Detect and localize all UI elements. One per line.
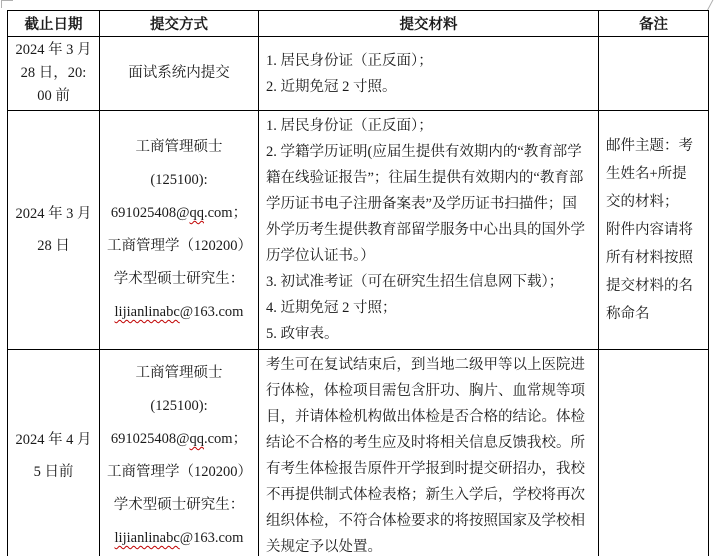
table-row: 2024 年 3 月 28 日，20: 00 前 面试系统内提交 1. 居民身份…: [8, 37, 709, 111]
method-text: 面试系统内提交: [107, 62, 251, 85]
method-program-mba: 工商管理硕士: [107, 131, 251, 164]
email-spellcheck-segment: lijianlinabc: [115, 304, 180, 320]
cell-deadline-row1: 2024 年 3 月 28 日，20: 00 前: [8, 37, 100, 111]
cell-method-row3: 工商管理硕士 (125100): 691025408@qq.com； 工商管理学…: [100, 350, 259, 556]
cell-remark-row2: 邮件主题：考生姓名+所提交的材料； 附件内容请将所有材料按照提交材料的名称命名: [599, 111, 709, 350]
method-program-mba: 工商管理硕士: [107, 357, 251, 390]
cell-materials-row1: 1. 居民身份证（正反面）； 2. 近期免冠 2 寸照。: [259, 37, 599, 111]
email-domain-part: @163.com: [180, 530, 244, 546]
table-header-row: 截止日期 提交方式 提交材料 备注: [8, 11, 709, 37]
document-page: 截止日期 提交方式 提交材料 备注 2024 年 3 月 28 日，20: 00…: [0, 0, 715, 556]
method-email-163: lijianlinabc@163.com: [107, 296, 251, 329]
method-program-academic: 工商管理学（120200）: [107, 230, 251, 263]
screenshot-crop-artifact-right: [707, 0, 714, 10]
method-email-qq: 691025408@qq.com；: [107, 197, 251, 230]
method-program-code: (125100):: [107, 390, 251, 423]
cell-method-row1: 面试系统内提交: [100, 37, 259, 111]
screenshot-crop-artifact-left: [1, 0, 13, 8]
cell-materials-row3: 考生可在复试结束后，到当地二级甲等以上医院进行体检，体检项目需包含肝功、胸片、血…: [259, 350, 599, 556]
cell-method-row2: 工商管理硕士 (125100): 691025408@qq.com； 工商管理学…: [100, 111, 259, 350]
table-row: 2024 年 4 月 5 日前 工商管理硕士 (125100): 6910254…: [8, 350, 709, 556]
method-program-academic-label: 学术型硕士研究生：: [107, 489, 251, 522]
email-local-part: 691025408@: [111, 431, 190, 447]
email-domain-part: @163.com: [180, 304, 244, 320]
email-spellcheck-segment: lijianlinabc: [115, 530, 180, 546]
email-domain-part: .com；: [204, 205, 247, 221]
cell-remark-row1: [599, 37, 709, 111]
email-local-part: 691025408@: [111, 205, 190, 221]
cell-remark-row3: [599, 350, 709, 556]
method-email-qq: 691025408@qq.com；: [107, 423, 251, 456]
method-program-academic: 工商管理学（120200）: [107, 456, 251, 489]
materials-submission-table: 截止日期 提交方式 提交材料 备注 2024 年 3 月 28 日，20: 00…: [7, 10, 709, 556]
table-row: 2024 年 3 月 28 日 工商管理硕士 (125100): 6910254…: [8, 111, 709, 350]
cell-deadline-row2: 2024 年 3 月 28 日: [8, 111, 100, 350]
col-header-deadline: 截止日期: [8, 11, 100, 37]
email-spellcheck-segment: qq: [190, 431, 205, 447]
col-header-remark: 备注: [599, 11, 709, 37]
cell-materials-row2: 1. 居民身份证（正反面）； 2. 学籍学历证明(应届生提供有效期内的“教育部学…: [259, 111, 599, 350]
method-program-academic-label: 学术型硕士研究生：: [107, 263, 251, 296]
method-program-code: (125100):: [107, 164, 251, 197]
col-header-method: 提交方式: [100, 11, 259, 37]
col-header-materials: 提交材料: [259, 11, 599, 37]
email-domain-part: .com；: [204, 431, 247, 447]
email-spellcheck-segment: qq: [190, 205, 205, 221]
method-email-163: lijianlinabc@163.com: [107, 522, 251, 555]
cell-deadline-row3: 2024 年 4 月 5 日前: [8, 350, 100, 556]
